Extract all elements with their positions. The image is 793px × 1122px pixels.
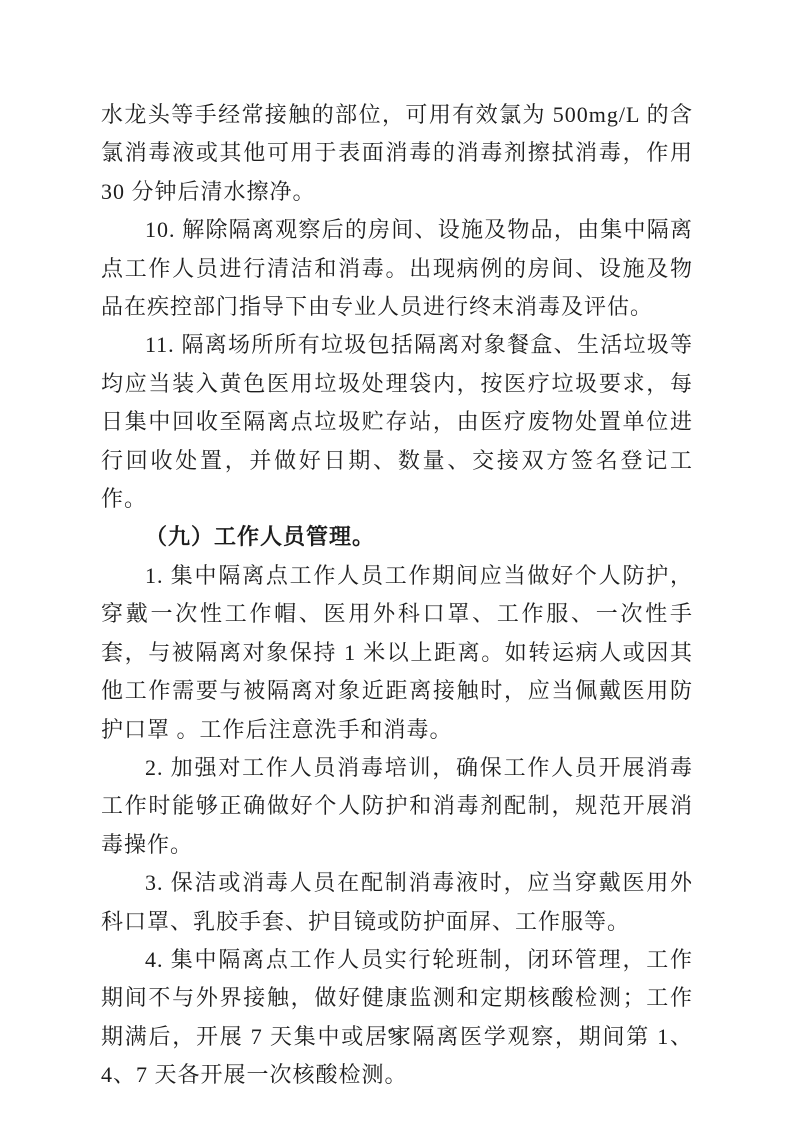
page-content: 水龙头等手经常接触的部位，可用有效氯为 500mg/L 的含氯消毒液或其他可用于… bbox=[101, 96, 693, 1095]
document-page: 水龙头等手经常接触的部位，可用有效氯为 500mg/L 的含氯消毒液或其他可用于… bbox=[0, 0, 793, 1122]
para-item-11: 11. 隔离场所所有垃圾包括隔离对象餐盒、生活垃圾等均应当装入黄色医用垃圾处理袋… bbox=[101, 326, 693, 518]
para-item-4: 4. 集中隔离点工作人员实行轮班制，闭环管理，工作期间不与外界接触，做好健康监测… bbox=[101, 941, 693, 1095]
para-item-1: 1. 集中隔离点工作人员工作期间应当做好个人防护，穿戴一次性工作帽、医用外科口罩… bbox=[101, 557, 693, 749]
para-item-2: 2. 加强对工作人员消毒培训，确保工作人员开展消毒工作时能够正确做好个人防护和消… bbox=[101, 749, 693, 864]
para-item-3: 3. 保洁或消毒人员在配制消毒液时，应当穿戴医用外科口罩、乳胶手套、护目镜或防护… bbox=[101, 864, 693, 941]
page-number: 91 bbox=[0, 1026, 793, 1043]
para-item-10: 10. 解除隔离观察后的房间、设施及物品，由集中隔离点工作人员进行清洁和消毒。出… bbox=[101, 211, 693, 326]
para-continuation-disinfection: 水龙头等手经常接触的部位，可用有效氯为 500mg/L 的含氯消毒液或其他可用于… bbox=[101, 96, 693, 211]
heading-section-9-staff-management: （九）工作人员管理。 bbox=[101, 518, 693, 556]
